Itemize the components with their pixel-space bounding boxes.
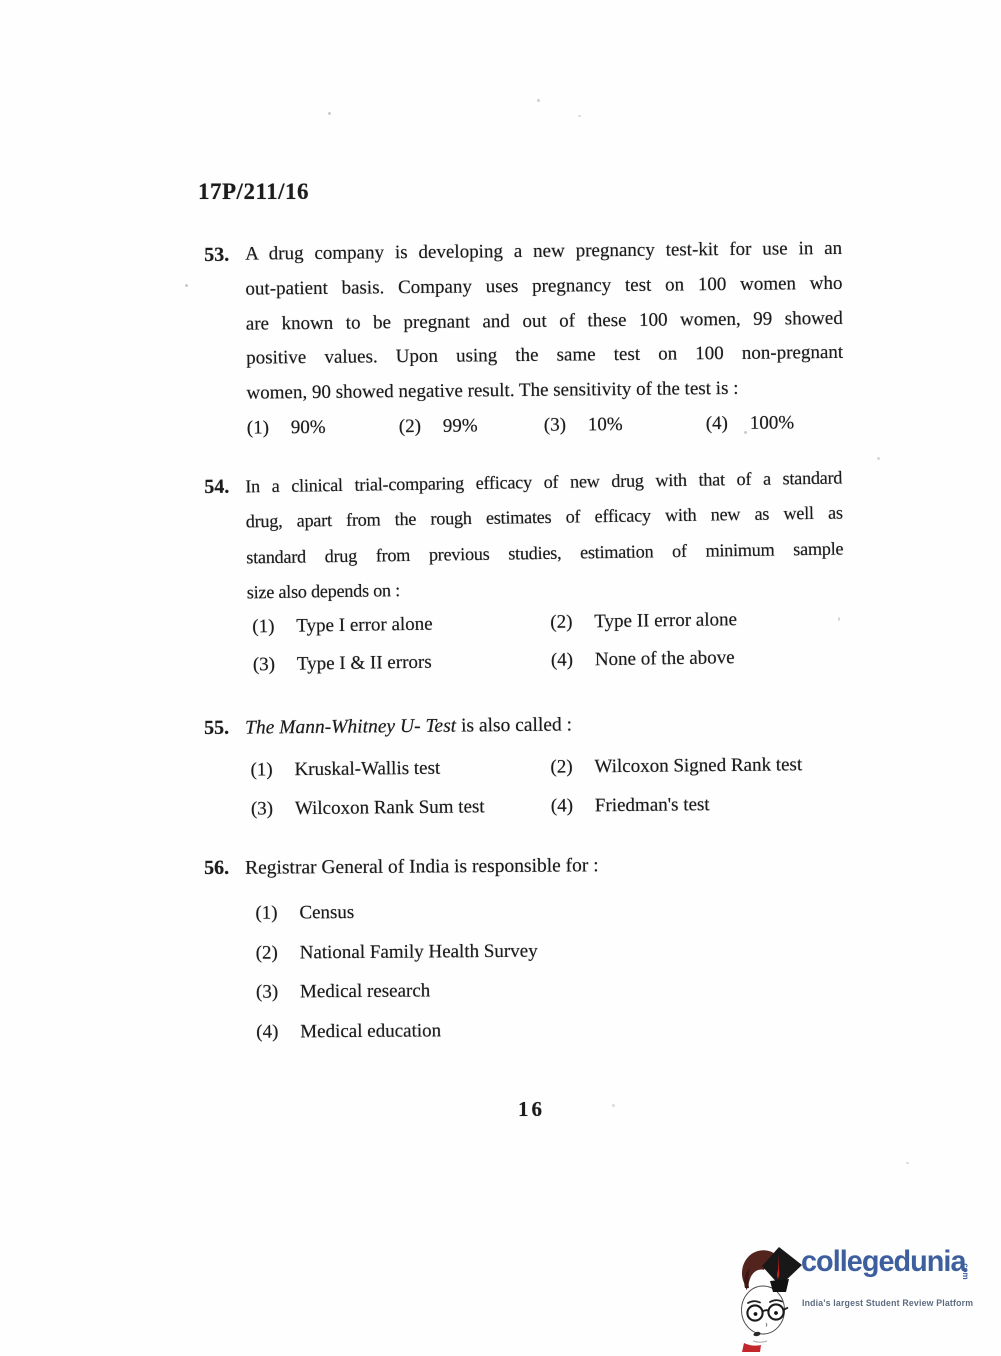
scan-speck [877,457,880,460]
option-label: (1) [255,901,283,925]
scan-speck [744,431,747,434]
question-stem: Registrar General of India is responsibl… [245,851,864,881]
collegedunia-watermark: collegedunia .com India's largest Studen… [733,1244,993,1356]
question-line: women, 90 showed negative result. The se… [246,371,865,412]
scan-speck [906,1162,909,1164]
question-number: 56. [204,857,229,880]
options-grid: (1) Type I error alone (2) Type II error… [247,606,867,681]
option-3: (3) Type I & II errors [253,651,432,678]
option-2: (2) 99% [399,414,478,439]
option-4: (4) Friedman's test [551,793,710,819]
options-row: (1) 90% (2) 99% (3) 10% (4) 100% [247,411,866,443]
stem-italic-part: The Mann-Whitney U- Test [245,716,456,739]
question-56: 56. Registrar General of India is respon… [204,851,865,1060]
option-label: (2) [256,941,284,965]
option-label: (4) [706,412,734,436]
option-4: (4) Medical education [256,1016,865,1044]
option-label: (2) [550,610,578,634]
option-text: Kruskal-Wallis test [294,757,440,782]
option-text: National Family Health Survey [300,939,538,965]
option-3: (3) 10% [544,413,623,438]
option-1: (1) 90% [247,416,326,441]
question-number: 53. [204,244,229,267]
question-line: A drug company is developing a new pregn… [245,232,842,273]
scanned-exam-page: 17P/211/16 53. A drug company is develop… [0,0,1001,1356]
option-text: 100% [750,411,795,435]
option-label: (4) [256,1020,284,1044]
option-label: (3) [256,981,284,1005]
scan-speck [185,284,188,287]
option-2: (2) National Family Health Survey [256,937,865,965]
question-55: 55. The Mann-Whitney U- Test is also cal… [204,710,865,825]
question-53: 53. A drug company is developing a new p… [204,232,866,443]
scan-speck [537,99,540,102]
option-1: (1) Type I error alone [252,612,433,639]
option-text: Census [299,901,354,925]
option-text: Type I & II errors [297,651,432,677]
option-label: (1) [250,758,278,782]
option-3: (3) Medical research [256,977,865,1005]
scan-speck [612,1104,615,1107]
question-line: out-patient basis. Company uses pregnanc… [245,267,842,308]
option-4: (4) None of the above [551,646,735,673]
scan-speck [838,617,840,621]
question-number: 55. [204,717,229,740]
brand-tld: .com [961,1261,970,1280]
paper-code: 17P/211/16 [198,179,309,205]
option-4: (4) 100% [706,411,795,436]
question-54: 54. In a clinical trial-comparing effica… [204,460,867,681]
scan-speck [578,115,581,117]
option-text: Type II error alone [594,608,737,634]
option-label: (1) [252,615,280,639]
option-2: (2) Wilcoxon Signed Rank test [550,753,802,779]
option-text: Friedman's test [595,793,710,818]
brand-wordmark: collegedunia [801,1247,966,1277]
question-line: positive values. Upon using the same tes… [246,336,843,377]
page-number: 16 [518,1097,545,1122]
option-text: 90% [291,416,326,440]
option-text: Type I error alone [296,612,433,638]
stem-rest-part: is also called : [456,714,572,736]
option-text: Wilcoxon Signed Rank test [594,753,802,779]
options-grid: (1) Kruskal-Wallis test (2) Wilcoxon Sig… [245,753,865,825]
option-label: (3) [544,413,572,437]
option-text: Wilcoxon Rank Sum test [295,795,485,821]
brand-tagline: India's largest Student Review Platform [802,1298,973,1308]
option-label: (2) [550,755,578,779]
question-stem: The Mann-Whitney U- Test is also called … [245,710,864,742]
options-list: (1) Census (2) National Family Health Su… [245,897,865,1044]
option-text: None of the above [595,646,735,672]
question-number: 54. [204,476,229,499]
scan-speck [328,112,331,115]
option-1: (1) Kruskal-Wallis test [250,757,440,783]
option-label: (2) [399,415,427,439]
option-label: (4) [551,794,579,818]
option-label: (4) [551,649,579,673]
option-text: Medical research [300,980,430,1005]
option-label: (1) [247,416,275,440]
option-1: (1) Census [255,897,864,925]
option-label: (3) [251,797,279,821]
collegedunia-mascot-icon [733,1244,803,1352]
question-line: are known to be pregnant and out of thes… [246,301,843,342]
option-text: 99% [443,414,478,438]
option-text: 10% [588,413,623,437]
option-text: Medical education [300,1019,441,1044]
option-label: (3) [253,653,281,677]
option-3: (3) Wilcoxon Rank Sum test [251,795,485,821]
option-2: (2) Type II error alone [550,608,737,635]
